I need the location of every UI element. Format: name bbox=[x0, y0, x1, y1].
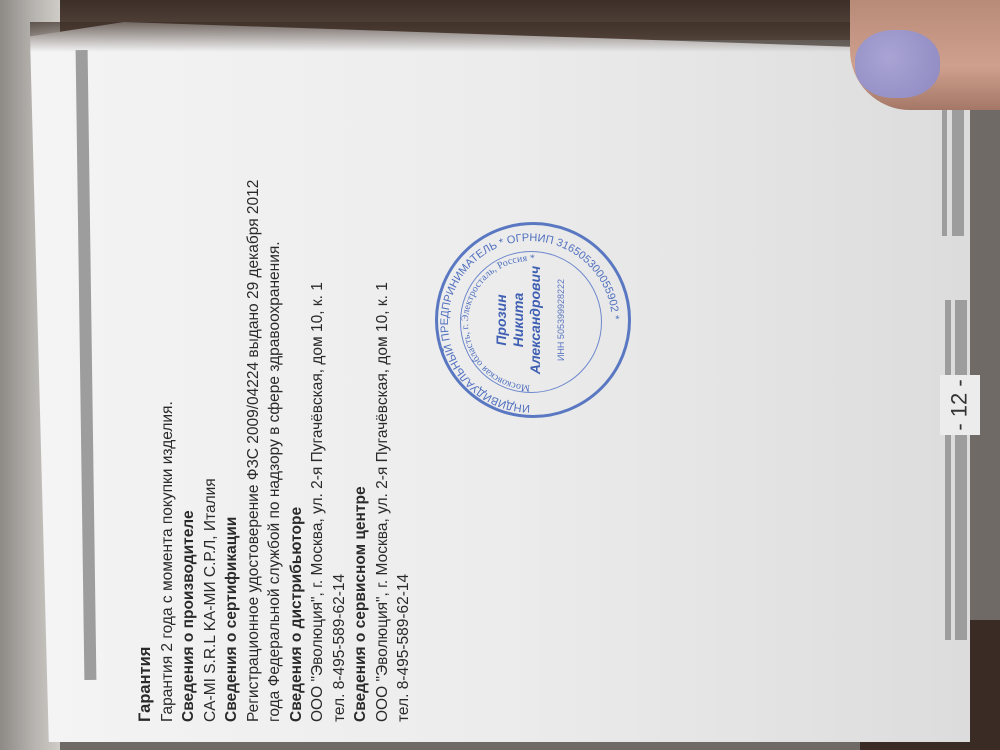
text-line: Гарантия 2 года с момента покупки издели… bbox=[157, 22, 179, 722]
section-heading: Сведения о дистрибьюторе bbox=[286, 22, 308, 722]
text-line: тел. 8-495-589-62-14 bbox=[393, 22, 415, 722]
text-line: Регистрационное удостоверение ФЗС 2009/0… bbox=[243, 22, 265, 722]
page-number: - 12 - bbox=[940, 375, 980, 435]
document-text: ГарантияГарантия 2 года с момента покупк… bbox=[135, 22, 415, 722]
stamp-inn: ИНН 505399928222 bbox=[556, 225, 566, 415]
footer-rule bbox=[942, 96, 947, 236]
page-number-text: - 12 - bbox=[947, 379, 973, 430]
stamp-name: Прозин Никита Александрович bbox=[493, 225, 544, 415]
section-heading: Сведения о производителе bbox=[178, 22, 200, 722]
text-line: CA-MI S.R.L KA-МИ С.Р.Л, Италия bbox=[200, 22, 222, 722]
text-line: года Федеральной службой по надзору в сф… bbox=[264, 22, 286, 722]
text-line: ООО "Эволюция", г. Москва, ул. 2-я Пугач… bbox=[307, 22, 329, 722]
section-heading: Сведения о сервисном центре bbox=[350, 22, 372, 722]
text-line: тел. 8-495-589-62-14 bbox=[329, 22, 351, 722]
section-heading: Сведения о сертификации bbox=[221, 22, 243, 722]
fingernail bbox=[855, 30, 940, 98]
section-heading: Гарантия bbox=[135, 22, 157, 722]
seal-stamp: ИНДИВИДУАЛЬНЫЙ ПРЕДПРИНИМАТЕЛЬ * ОГРНИП … bbox=[435, 222, 631, 418]
footer-rule bbox=[945, 300, 951, 640]
footer-rule bbox=[955, 300, 967, 640]
footer-rule bbox=[952, 96, 964, 236]
text-line: ООО "Эволюция", г. Москва, ул. 2-я Пугач… bbox=[372, 22, 394, 722]
